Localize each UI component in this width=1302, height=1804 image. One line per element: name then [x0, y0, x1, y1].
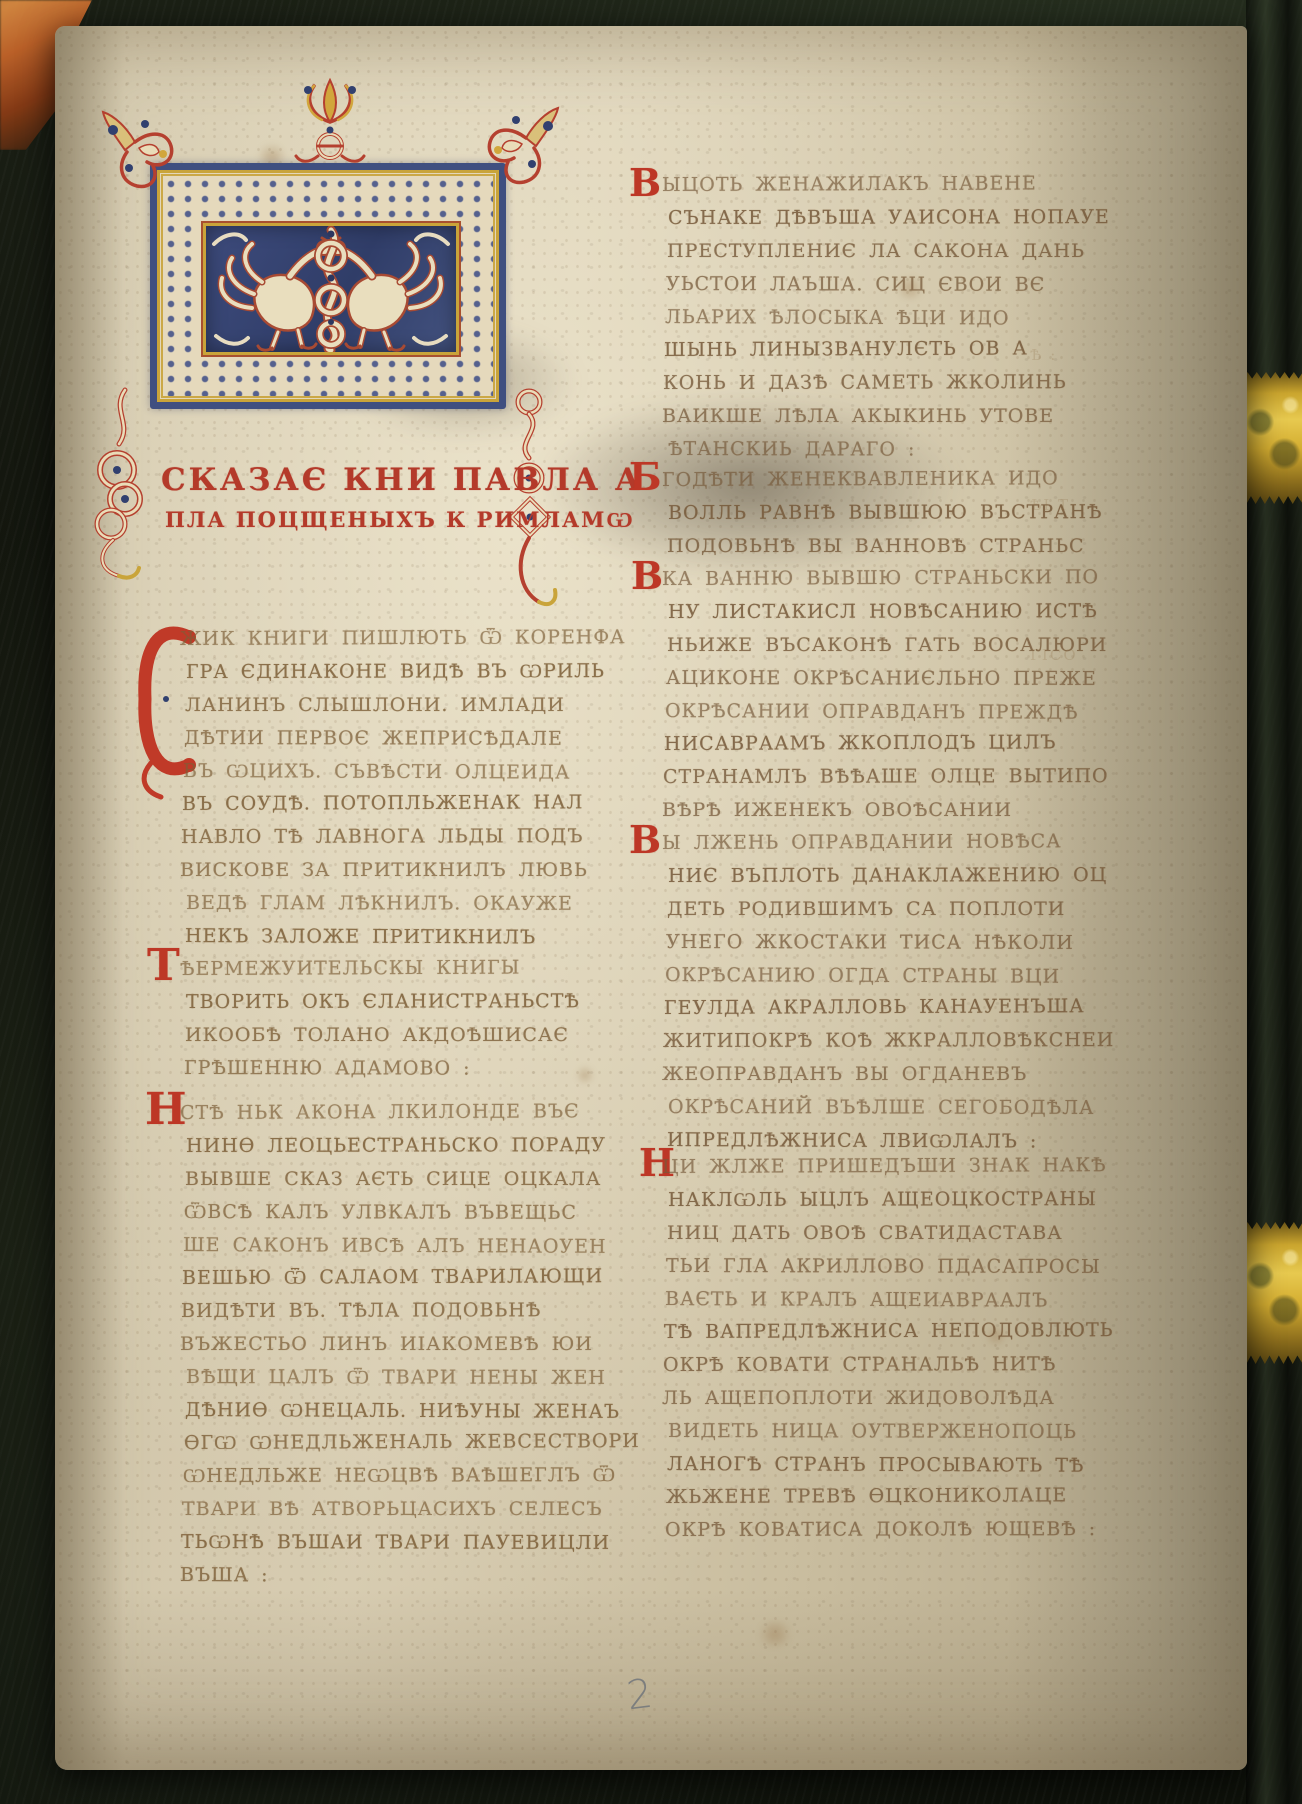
- text-line: ОКРѢСАНИЙ ВЪѢЛШЕ СЕГОБОДѢЛА: [668, 1091, 1114, 1125]
- text-line: ШЕ САКОНЪ ИВСѢ АЛЪ НЕНАОУЕН: [183, 1229, 640, 1264]
- text-line: НИЦ ДАТЬ ОВОѢ СВАТИДАСТАВА: [667, 1217, 1114, 1250]
- text-line: ПРЕСТУПЛЕНИЄ ЛА САКОНА ДАНЬ: [667, 235, 1110, 268]
- text-line: ВЪША :: [180, 1559, 640, 1594]
- interlaced-birds-icon: [206, 226, 456, 352]
- text-line: Ѣ :: [1030, 346, 1078, 496]
- text-line: ГІСО: [1030, 646, 1078, 796]
- foxing-spot: [755, 1621, 795, 1647]
- text-line: ТЬѠНѢ ВЪШАИ ТВАРИ ПАУЕВИЦЛИ: [181, 1526, 640, 1560]
- initial-letter-v: В: [629, 821, 661, 859]
- headpiece-crest-ornament-icon: [278, 64, 382, 168]
- text-line: ВИДЕТЬ НИЦА ОУТВЕРЖЕНОПОЦЬ: [668, 1415, 1114, 1449]
- right-column-paragraph-4: Ы ЛЖЕНЬ ОПРАВДАНИИ НОВѢСАНИЄ ВЪПЛОТЬ ДАН…: [665, 827, 1114, 1157]
- text-line: УНЕГО ЖКОСТАКИ ТИСА НѢКОЛИ: [666, 926, 1114, 960]
- text-line: ВЫВШЕ СКАЗ АЄТЬ СИЦЕ ОЦКАЛА: [185, 1163, 640, 1196]
- text-line: ОКРѢ КОВАТИСА ДОКОЛѢ ЮЩЕВѢ :: [665, 1513, 1114, 1547]
- text-line: ЛАНИНЪ СЛЫШЛОНИ. ИМЛАДИ: [185, 689, 626, 722]
- clasp-tarnish: [1244, 1222, 1302, 1364]
- text-line: ВАЄТЬ И КРАЛЪ АЩЕИАВРААЛЪ: [665, 1283, 1114, 1318]
- edge-grime: [55, 1590, 1247, 1770]
- headpiece-panel: [203, 223, 459, 355]
- text-line: ТЬИ ГЛА АКРИЛЛОВО ПДАСАПРОСЫ: [666, 1250, 1114, 1284]
- text-line: ГЕУЛДА АКРАЛЛОВЬ КАНАУЕНЪША: [664, 990, 1114, 1025]
- text-line: СТѢ НЬК АКОНА ЛКИЛОНДЕ ВЪЄ: [180, 1095, 640, 1130]
- left-column-paragraph-2: ѢЕРМЕЖУИТЕЛЬСКЫ КНИГЫТВОРИТЬ ОКЪ ЄЛАНИСТ…: [183, 953, 580, 1085]
- text-line: ЖИТИПОКРѢ КОѢ ЖКРАЛЛОВѢКСНЕИ: [663, 1024, 1114, 1058]
- text-line: ЖЬЖЕНЕ ТРЕВѢ ѲЦКОНИКОЛАЦЕ: [666, 1479, 1114, 1514]
- text-line: ѾВСѢ КАЛЪ УЛВКАЛЪ ВЪВЕЩЬС: [184, 1196, 640, 1230]
- text-line: ѲГѠ ѠНЕДЛЬЖЕНАЛЬ ЖЕВСЕСТВОРИ: [184, 1425, 640, 1460]
- binding-right-edge: [1246, 0, 1302, 1804]
- text-line: ДЕТЬ РОДИВШИМЪ СА ПОПЛОТИ: [667, 893, 1114, 926]
- manuscript-page: СКАЗАЄ КНИ ПАВЛА А ПЛА ПОЦЩЕНЫХЪ К РИМЛА…: [55, 26, 1247, 1770]
- rubric-title-line2: ПЛА ПОЦЩЕНЫХЪ К РИМЛАМѠ: [165, 507, 635, 533]
- text-line: ѢІ Т: [1030, 496, 1078, 646]
- text-line: ГРА ЄДИНАКОНЕ ВИДѢ ВЪ ѠРИЛЬ: [186, 655, 626, 689]
- text-line: ЖИК КНИГИ ПИШЛЮТЬ Ѿ КОРЕНФА: [180, 621, 626, 656]
- text-line: ЛЬ АЩЕПОПЛОТИ ЖИДОВОЛѢДА: [662, 1382, 1114, 1415]
- text-line: СЪНАКЕ ДѢВЪША УАИСОНА НОПАУЕ: [668, 201, 1110, 235]
- text-line: ЛАНОГѢ СТРАНЪ ПРОСЫВАЮТЬ ТѢ: [667, 1448, 1114, 1483]
- text-line: ЦИ ЖЛЖЕ ПРИШЕДЪШИ ЗНАК НАКѢ: [662, 1149, 1114, 1184]
- book-clasp-top: [1244, 372, 1302, 504]
- text-line: ДѢНИѲ ѠНЕЦАЛЬ. НИѢУНЫ ЖЕНАЪ: [185, 1394, 640, 1429]
- book-photo: СКАЗАЄ КНИ ПАВЛА А ПЛА ПОЦЩЕНЫХЪ К РИМЛА…: [0, 0, 1302, 1804]
- text-line: ВѢРѢ ИЖЕНЕКЪ ОВОѢСАНИИ: [662, 794, 1109, 827]
- right-column-paragraph-5: ЦИ ЖЛЖЕ ПРИШЕДЪШИ ЗНАК НАКѢНАКЛѠЛЬ ЫЦЛЪ …: [665, 1151, 1114, 1547]
- text-line: НИНѲ ЛЕОЦЬЕСТРАНЬСКО ПОРАДУ: [186, 1129, 640, 1163]
- text-line: ТВОРИТЬ ОКЪ ЄЛАНИСТРАНЬСТѢ: [186, 985, 580, 1019]
- text-line: НЕКЪ ЗАЛОЖЕ ПРИТИКНИЛЪ: [185, 920, 626, 955]
- initial-letter-v: В: [629, 164, 661, 202]
- text-line: УЬСТОИ ЛАЪША. СИЦ ЄВОИ ВЄ: [666, 268, 1110, 302]
- text-line: ВЪ ѠЦИХЪ. СЪВѢСТИ ОЛЦЕИДА: [183, 755, 626, 790]
- text-line: ОКРѢСАНИЮ ОГДА СТРАНЫ ВЦИ: [665, 959, 1114, 994]
- page-number-pencil: 2: [624, 1671, 655, 1720]
- text-line: ВЪЖЕСТЬО ЛИНЪ ИІАКОМЕВѢ ЮИ: [180, 1328, 640, 1361]
- text-line: ВѢЩИ ЦАЛЪ Ѿ ТВАРИ НЕНЫ ЖЕН: [186, 1361, 640, 1395]
- initial-letter-b: Б: [629, 458, 661, 496]
- initial-letter-t: Т: [147, 944, 180, 988]
- clasp-tarnish: [1244, 372, 1302, 504]
- text-line: ГРѢШЕННЮ АДАМОВО :: [184, 1052, 580, 1086]
- text-line: ТѢ ВАПРЕДЛѢЖНИСА НЕПОДОВЛЮТЬ: [664, 1314, 1114, 1349]
- text-line: ВЪ СОУДѢ. ПОТОПЛЬЖЕНАК НАЛ: [182, 786, 626, 821]
- corner-fleuron-right-icon: [473, 98, 568, 198]
- rubric-title-line1: СКАЗАЄ КНИ ПАВЛА А: [161, 462, 643, 498]
- text-line: Ы ЛЖЕНЬ ОПРАВДАНИИ НОВѢСА: [662, 825, 1114, 860]
- text-line: ЖЕОПРАВДАНЪ ВЫ ОГДАНЕВЪ: [662, 1058, 1114, 1091]
- text-line: ДѢТИИ ПЕРВОЄ ЖЕПРИСѢДАЛЕ: [184, 722, 626, 756]
- ink-bleed-through: Ѣ :ѢІ ТГІСО: [1030, 346, 1078, 796]
- left-column-paragraph-3: СТѢ НЬК АКОНА ЛКИЛОНДЕ ВЪЄНИНѲ ЛЕОЦЬЕСТР…: [183, 1097, 640, 1592]
- text-line: ЫЦОТЬ ЖЕНАЖИЛАКЪ НАВЕНЕ: [662, 167, 1110, 202]
- left-column-paragraph-1: ЖИК КНИГИ ПИШЛЮТЬ Ѿ КОРЕНФАГРА ЄДИНАКОНЕ…: [183, 623, 626, 953]
- edge-grime: [55, 26, 125, 1770]
- text-line: НАКЛѠЛЬ ЫЦЛЪ АЩЕОЦКОСТРАНЫ: [668, 1183, 1114, 1217]
- text-line: ОКРѢ КОВАТИ СТРАНАЛЬѢ НИТѢ: [663, 1348, 1114, 1382]
- book-clasp-bottom: [1244, 1222, 1302, 1364]
- text-line: ѢЕРМЕЖУИТЕЛЬСКЫ КНИГЫ: [180, 951, 580, 986]
- text-line: ЛЬАРИХ ѢЛОСЫКА ѢЦИ ИДО: [665, 301, 1110, 336]
- text-line: ИКООБѢ ТОЛАНО АКДОѢШИСАЄ: [185, 1019, 580, 1052]
- text-line: ѠНЕДЛЬЖЕ НЕѠЦВѢ ВАѢШЕГЛЪ Ѿ: [183, 1459, 640, 1493]
- text-line: ТВАРИ ВѢ АТВОРЬЦАСИХЪ СЕЛЕСЪ: [182, 1493, 640, 1526]
- text-line: ВЕДѢ ГЛАМ ЛѢКНИЛЪ. ОКАУЖЕ: [186, 887, 626, 921]
- initial-letter-v: В: [631, 557, 663, 595]
- margin-knot-pendant-icon: [67, 384, 167, 584]
- corner-fleuron-left-icon: [93, 102, 188, 202]
- text-line: ВИСКОВЕ ЗА ПРИТИКНИЛЪ ЛЮВЬ: [180, 854, 626, 887]
- text-line: ВИДѢТИ ВЪ. ТѢЛА ПОДОВЬНѢ: [181, 1294, 640, 1328]
- illuminated-headpiece: [150, 163, 506, 409]
- text-line: НИЄ ВЪПЛОТЬ ДАНАКЛАЖЕНИЮ ОЦ: [668, 859, 1114, 893]
- text-line: ВЕШЬЮ Ѿ САЛАОМ ТВАРИЛАЮЩИ: [182, 1260, 640, 1295]
- text-line: НАВЛО ТѢ ЛАВНОГА ЛЬДЫ ПОДЪ: [181, 820, 626, 854]
